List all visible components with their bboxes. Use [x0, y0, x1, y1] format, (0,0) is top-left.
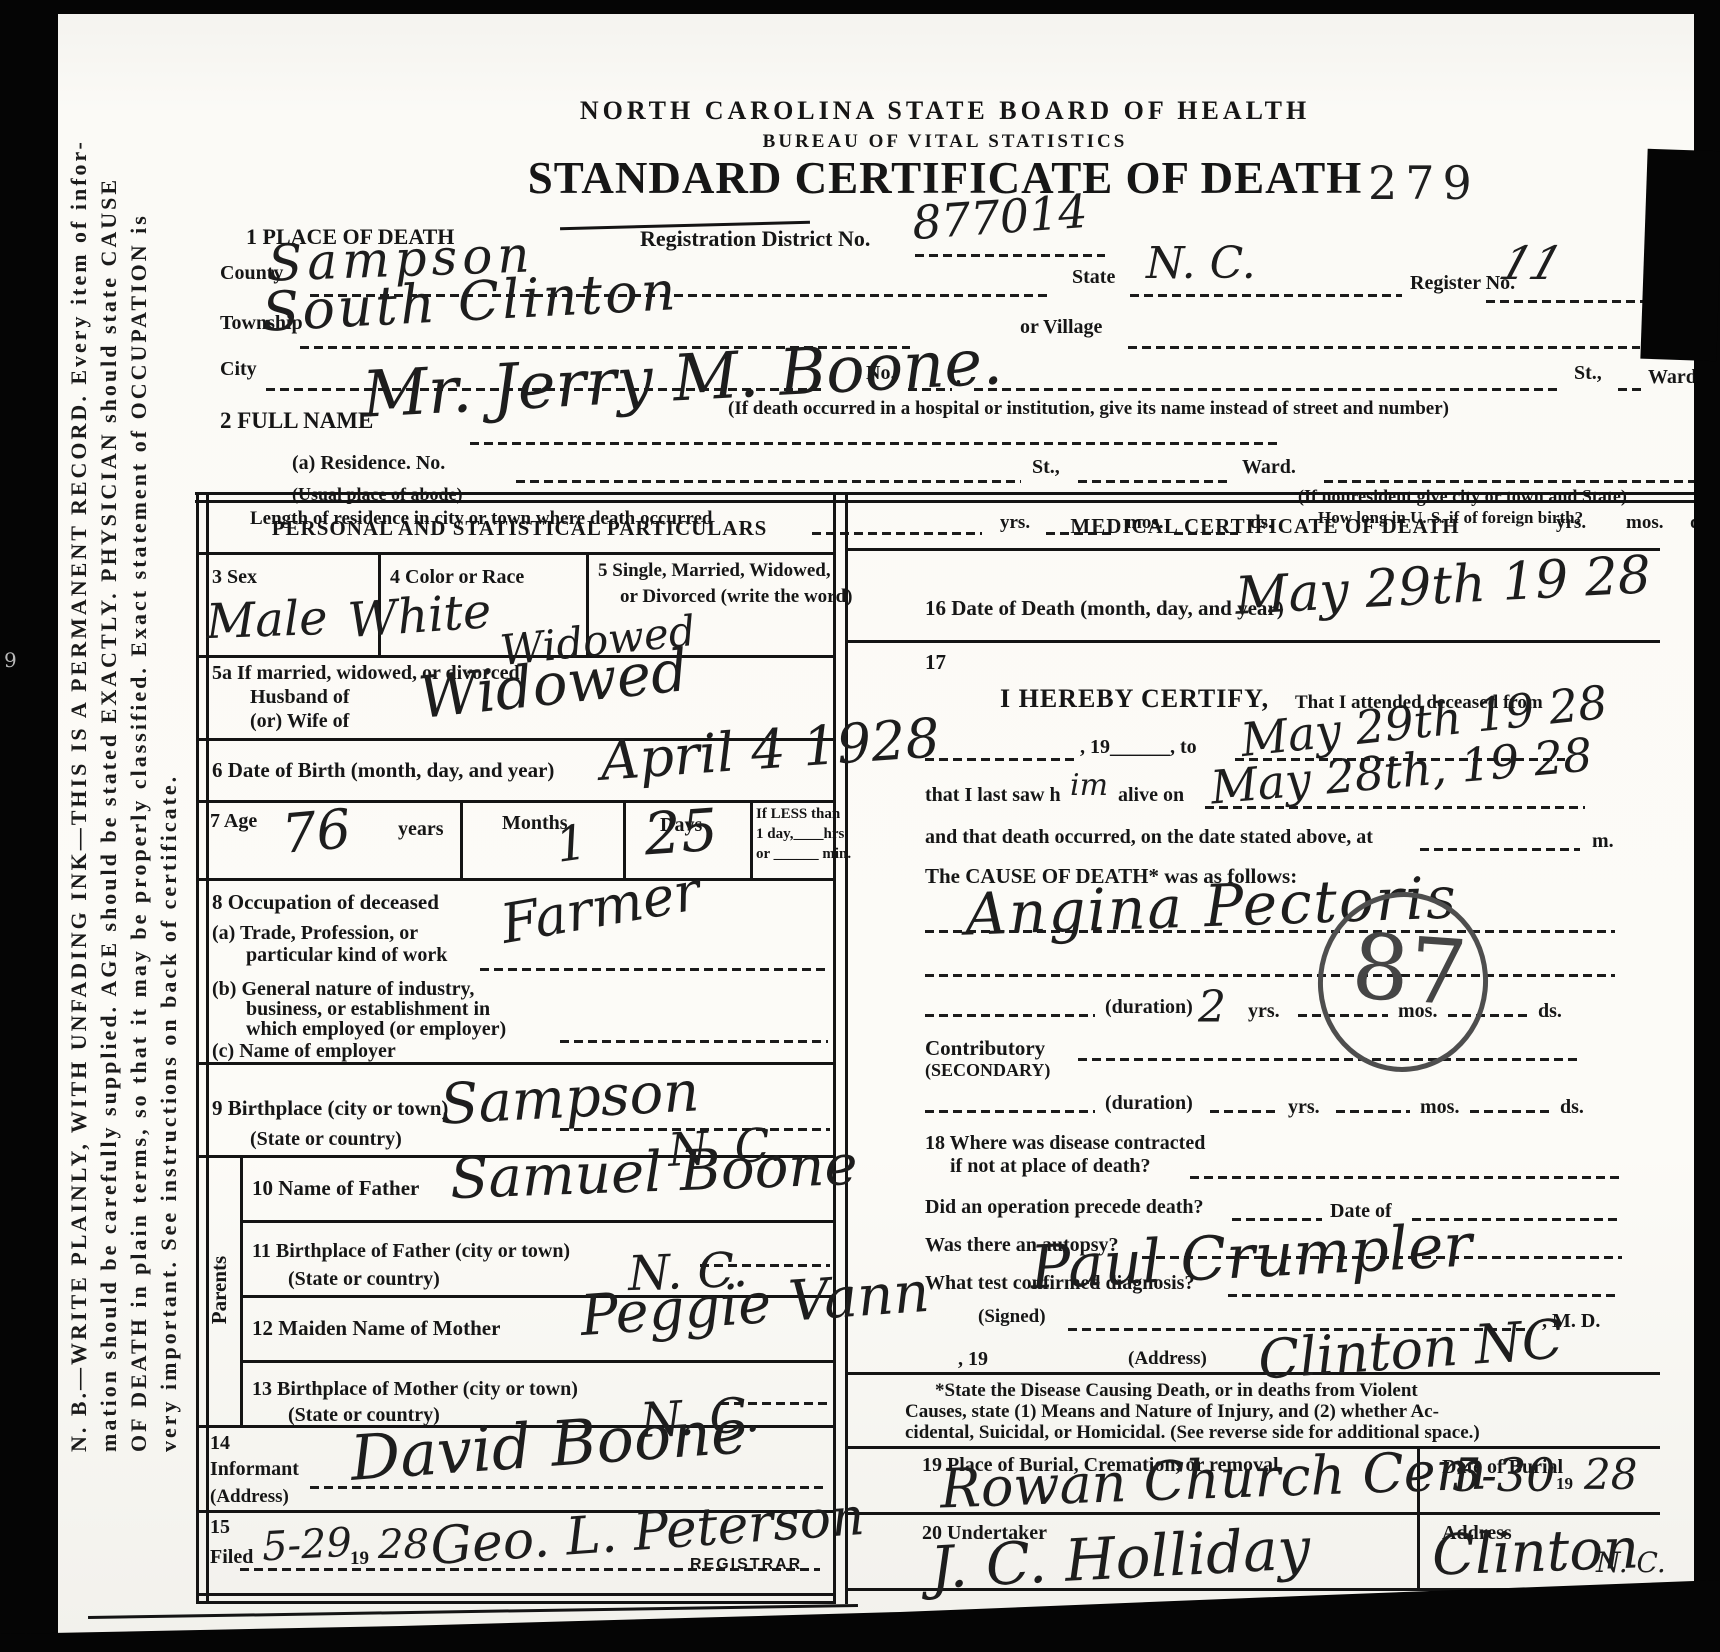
trade-label: (a) Trade, Profession, or	[212, 922, 418, 945]
him-value: im	[1070, 768, 1108, 803]
border	[750, 800, 753, 878]
filed-year-printed: 19	[350, 1548, 369, 1570]
scan-margin-mark: 9	[4, 648, 17, 672]
death-occurred-label: and that death occurred, on the date sta…	[925, 826, 1373, 849]
dotted-line	[1324, 480, 1696, 483]
rule	[196, 1593, 833, 1596]
certificate-stamp-number: 279	[1368, 156, 1480, 210]
border	[1417, 1512, 1420, 1588]
rule	[848, 1372, 1660, 1375]
age-value: 76	[279, 797, 353, 866]
st-label: St.,	[1574, 362, 1602, 385]
margin-line: N. B.—WRITE PLAINLY, WITH UNFADING INK—T…	[64, 20, 94, 1452]
margin-line: mation should be carefully supplied. AGE…	[94, 20, 124, 1452]
last-saw-label: that I last saw h	[925, 784, 1061, 807]
residence-ward-label: Ward.	[1242, 456, 1296, 479]
border	[833, 492, 836, 1604]
husband-of-label: Husband of	[250, 686, 350, 709]
less-than-label: or ______ min.	[756, 846, 851, 863]
filed-label: Filed	[210, 1546, 253, 1569]
city-label: City	[220, 358, 257, 381]
rule	[240, 1360, 833, 1363]
days-value: 25	[642, 796, 720, 869]
state-or-country-label: (State or country)	[250, 1128, 402, 1151]
border	[240, 1155, 243, 1425]
dotted-line	[516, 480, 1021, 483]
duration-value: 2	[1198, 982, 1226, 1033]
disease-contracted-label: if not at place of death?	[950, 1155, 1151, 1178]
duration-label: (duration)	[1105, 996, 1193, 1019]
dotted-line	[974, 388, 1562, 391]
personal-section-title: PERSONAL AND STATISTICAL PARTICULARS	[206, 516, 833, 541]
certify-label: I HEREBY CERTIFY,	[1000, 684, 1269, 714]
occupation-label: 8 Occupation of deceased	[212, 890, 439, 915]
mother-name-label: 12 Maiden Name of Mother	[252, 1316, 500, 1341]
dotted-line	[925, 758, 1075, 761]
mother-birthplace-label: 13 Birthplace of Mother (city or town)	[252, 1378, 578, 1401]
less-than-label: 1 day,____hrs.	[756, 826, 848, 843]
dotted-line	[1128, 346, 1640, 349]
scan-edge-top	[0, 0, 1720, 14]
attended-to-label: , 19______, to	[1080, 736, 1197, 759]
parents-label: Parents	[199, 1230, 239, 1350]
marital-label: 5 Single, Married, Widowed,	[598, 560, 831, 582]
informant-number: 14	[210, 1432, 230, 1455]
filed-date-value: 5-29	[261, 1520, 353, 1571]
state-label: State	[1072, 266, 1115, 289]
dotted-line	[1130, 294, 1402, 297]
duration-label: (duration)	[1105, 1092, 1193, 1115]
margin-instructions: N. B.—WRITE PLAINLY, WITH UNFADING INK—T…	[64, 20, 188, 1452]
scanned-death-certificate: N. B.—WRITE PLAINLY, WITH UNFADING INK—T…	[0, 0, 1720, 1652]
alive-on-label: alive on	[1118, 784, 1184, 807]
employer-label: (c) Name of employer	[212, 1040, 396, 1063]
informant-address-label: (Address)	[210, 1486, 289, 1508]
dotted-line	[560, 1040, 828, 1043]
item-17: 17	[925, 650, 946, 675]
date-of-death-label: 16 Date of Death (month, day, and year)	[925, 596, 1284, 621]
filed-year-value: 28	[378, 1522, 429, 1568]
dob-label: 6 Date of Birth (month, day, and year)	[212, 758, 554, 783]
pencil-number: 87	[1348, 914, 1470, 1027]
dotted-line	[1210, 1110, 1280, 1113]
rule	[195, 492, 1698, 495]
state-value: N. C.	[1146, 238, 1256, 289]
rule	[196, 878, 833, 881]
margin-line: very important. See instructions on back…	[154, 20, 184, 1452]
dotted-line	[925, 1110, 1095, 1113]
rule	[196, 1062, 833, 1065]
dotted-line	[1190, 1176, 1620, 1179]
wife-of-label: (or) Wife of	[250, 710, 349, 733]
rule	[195, 500, 1698, 503]
dotted-line	[915, 254, 1105, 257]
border	[623, 800, 626, 878]
nonresident-note: (If nonresident give city or town and St…	[1298, 486, 1627, 507]
father-name-label: 10 Name of Father	[252, 1176, 419, 1201]
dotted-line	[1336, 1110, 1410, 1113]
residence-st-label: St.,	[1032, 456, 1060, 479]
bureau-title: BUREAU OF VITAL STATISTICS	[485, 131, 1405, 153]
registrar-label: REGISTRAR	[690, 1556, 802, 1574]
disease-contracted-label: 18 Where was disease contracted	[925, 1132, 1205, 1155]
medical-section-title: MEDICAL CERTIFICATE OF DEATH	[925, 514, 1605, 539]
date-of-burial-value: 5-30	[1452, 1448, 1555, 1502]
margin-line: OF DEATH in plain terms, so that it may …	[124, 20, 154, 1452]
filed-number: 15	[210, 1516, 230, 1539]
less-than-label: If LESS than	[756, 806, 840, 823]
m-label: m.	[1592, 830, 1614, 853]
race-value: White	[346, 583, 493, 649]
birthplace-label: 9 Birthplace (city or town)	[212, 1096, 448, 1121]
full-name-label: 2 FULL NAME	[220, 408, 373, 434]
contributory-label: Contributory	[925, 1036, 1045, 1061]
yrs-label: yrs.	[1248, 1000, 1280, 1023]
dotted-line	[925, 974, 1615, 977]
burial-year-value: 28	[1584, 1450, 1637, 1499]
signed-label: (Signed)	[978, 1306, 1046, 1328]
rule	[845, 640, 1660, 643]
dotted-line	[1078, 480, 1228, 483]
mos-label: mos.	[1626, 512, 1663, 534]
rule	[240, 1220, 833, 1223]
border	[460, 800, 463, 878]
state-or-country-label: (State or country)	[288, 1268, 440, 1291]
yrs-label: yrs.	[1288, 1096, 1320, 1119]
border	[845, 492, 848, 1604]
industry-label: which employed (or employer)	[246, 1018, 506, 1041]
birthplace-value: Sampson	[438, 1059, 700, 1137]
footnote: Causes, state (1) Means and Nature of In…	[905, 1401, 1439, 1423]
secondary-label: (SECONDARY)	[925, 1060, 1050, 1081]
years-label: years	[398, 818, 444, 841]
scan-edge-left	[0, 0, 58, 1652]
border	[196, 492, 199, 1604]
informant-label: Informant	[210, 1458, 299, 1481]
dotted-line	[925, 1014, 1095, 1017]
operation-label: Did an operation precede death?	[925, 1196, 1204, 1219]
undertaker-address-state: N. C.	[1596, 1546, 1666, 1579]
or-village-label: or Village	[1020, 316, 1102, 339]
board-title: NORTH CAROLINA STATE BOARD OF HEALTH	[485, 96, 1405, 126]
ward-label: Ward	[1648, 366, 1697, 389]
dotted-line	[1618, 388, 1646, 391]
residence-label: (a) Residence. No.	[292, 452, 445, 475]
father-birthplace-label: 11 Birthplace of Father (city or town)	[252, 1240, 570, 1263]
rule	[196, 552, 833, 555]
dotted-line	[1228, 1294, 1618, 1297]
dotted-line	[1420, 848, 1580, 851]
year-label: , 19	[958, 1348, 988, 1371]
mos-label: mos.	[1420, 1096, 1459, 1119]
scan-edge-notch	[1640, 149, 1720, 362]
sex-value: Male	[205, 590, 328, 650]
dotted-line	[470, 442, 1280, 445]
sex-label: 3 Sex	[212, 566, 257, 589]
registration-district-label: Registration District No.	[640, 226, 870, 252]
ds-label: ds.	[1538, 1000, 1562, 1023]
dotted-line	[1078, 1058, 1578, 1061]
border	[206, 492, 209, 1604]
burial-year-printed: 19	[1556, 1474, 1573, 1494]
rule	[196, 1601, 833, 1604]
age-label: 7 Age	[210, 810, 257, 833]
address-label: (Address)	[1128, 1348, 1207, 1370]
dotted-line	[1470, 1110, 1550, 1113]
trade-label: particular kind of work	[246, 944, 447, 967]
marital-label: or Divorced (write the word)	[620, 586, 853, 608]
ds-label: ds.	[1560, 1096, 1584, 1119]
dotted-line	[480, 968, 828, 971]
